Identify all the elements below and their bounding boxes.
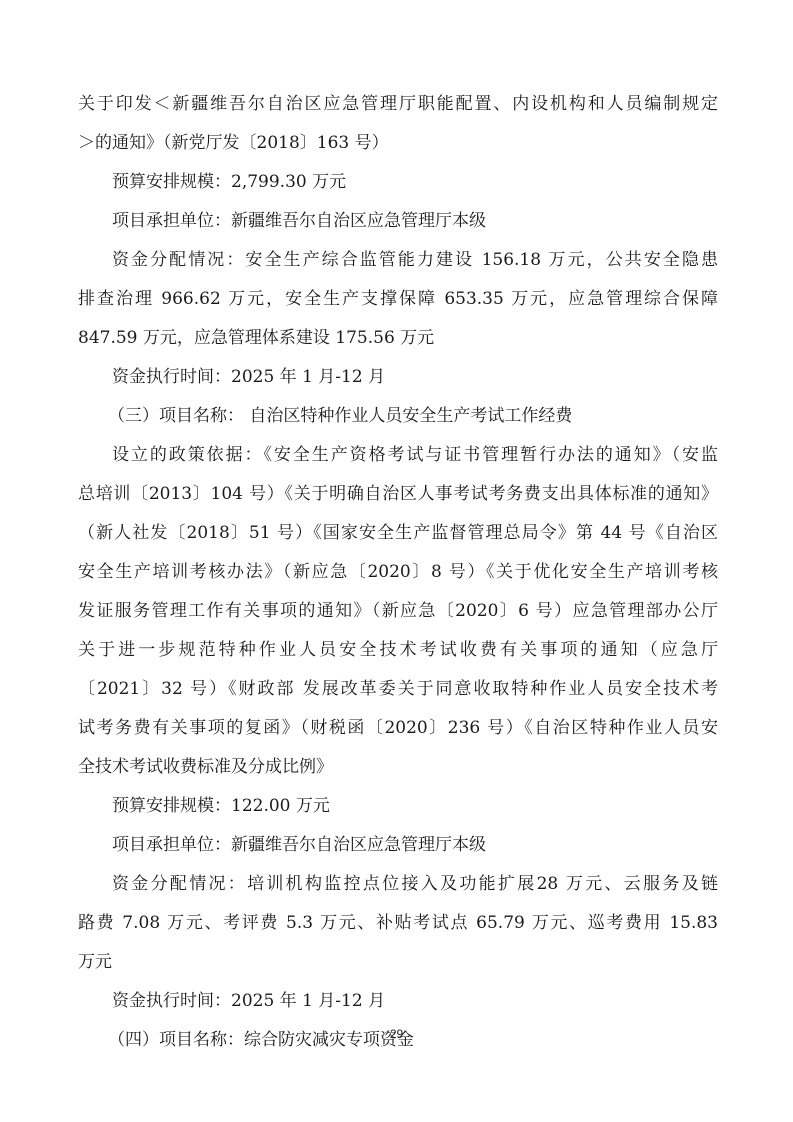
undertaking-unit-3: 项目承担单位：新疆维吾尔自治区应急管理厅本级: [78, 826, 718, 865]
policy-basis-3-cont: 发证服务管理工作有关事项的通知》（新应急〔2020〕6 号）应急管理部办公厅: [78, 592, 718, 631]
policy-basis-3-cont: 关于进一步规范特种作业人员安全技术考试收费有关事项的通知（应急厅: [78, 631, 718, 670]
fund-allocation-1: 资金分配情况：安全生产综合监管能力建设 156.18 万元，公共安全隐患: [78, 241, 718, 280]
policy-basis-3-cont: （新人社发〔2018〕51 号）《国家安全生产监督管理总局令》第 44 号《自治…: [78, 514, 718, 553]
text-line-policy-end: ＞的通知》（新党厅发〔2018〕163 号）: [78, 124, 718, 163]
undertaking-unit-1: 项目承担单位：新疆维吾尔自治区应急管理厅本级: [78, 202, 718, 241]
policy-basis-3-cont: 〔2021〕32 号）《财政部 发展改革委关于同意收取特种作业人员安全技术考: [78, 670, 718, 709]
policy-basis-3: 设立的政策依据：《安全生产资格考试与证书管理暂行办法的通知》（安监: [78, 436, 718, 475]
fund-allocation-3-cont: 路费 7.08 万元、考评费 5.3 万元、补贴考试点 65.79 万元、巡考费…: [78, 904, 718, 943]
document-page: 关于印发＜新疆维吾尔自治区应急管理厅职能配置、内设机构和人员编制规定 ＞的通知》…: [78, 85, 718, 1060]
policy-basis-3-cont: 试考务费有关事项的复函》（财税函〔2020〕236 号）《自治区特种作业人员安: [78, 709, 718, 748]
fund-allocation-1-cont: 排查治理 966.62 万元，安全生产支撑保障 653.35 万元，应急管理综合…: [78, 280, 718, 319]
policy-basis-3-cont: 总培训〔2013〕104 号）《关于明确自治区人事考试考务费支出具体标准的通知》: [78, 475, 718, 514]
execution-time-3: 资金执行时间：2025 年 1 月-12 月: [78, 982, 718, 1021]
execution-time-1: 资金执行时间：2025 年 1 月-12 月: [78, 358, 718, 397]
policy-basis-3-cont: 安全生产培训考核办法》（新应急〔2020〕8 号）《关于优化安全生产培训考核: [78, 553, 718, 592]
text-line-policy-cont: 关于印发＜新疆维吾尔自治区应急管理厅职能配置、内设机构和人员编制规定: [78, 85, 718, 124]
fund-allocation-3: 资金分配情况：培训机构监控点位接入及功能扩展28 万元、云服务及链: [78, 865, 718, 904]
budget-scale-3: 预算安排规模：122.00 万元: [78, 787, 718, 826]
section-heading-3: （三）项目名称： 自治区特种作业人员安全生产考试工作经费: [78, 397, 718, 436]
policy-basis-3-end: 全技术考试收费标准及分成比例》: [78, 748, 718, 787]
fund-allocation-3-end: 万元: [78, 943, 718, 982]
page-number: 29: [0, 1027, 793, 1041]
fund-allocation-1-end: 847.59 万元，应急管理体系建设 175.56 万元: [78, 319, 718, 358]
budget-scale-1: 预算安排规模：2,799.30 万元: [78, 163, 718, 202]
